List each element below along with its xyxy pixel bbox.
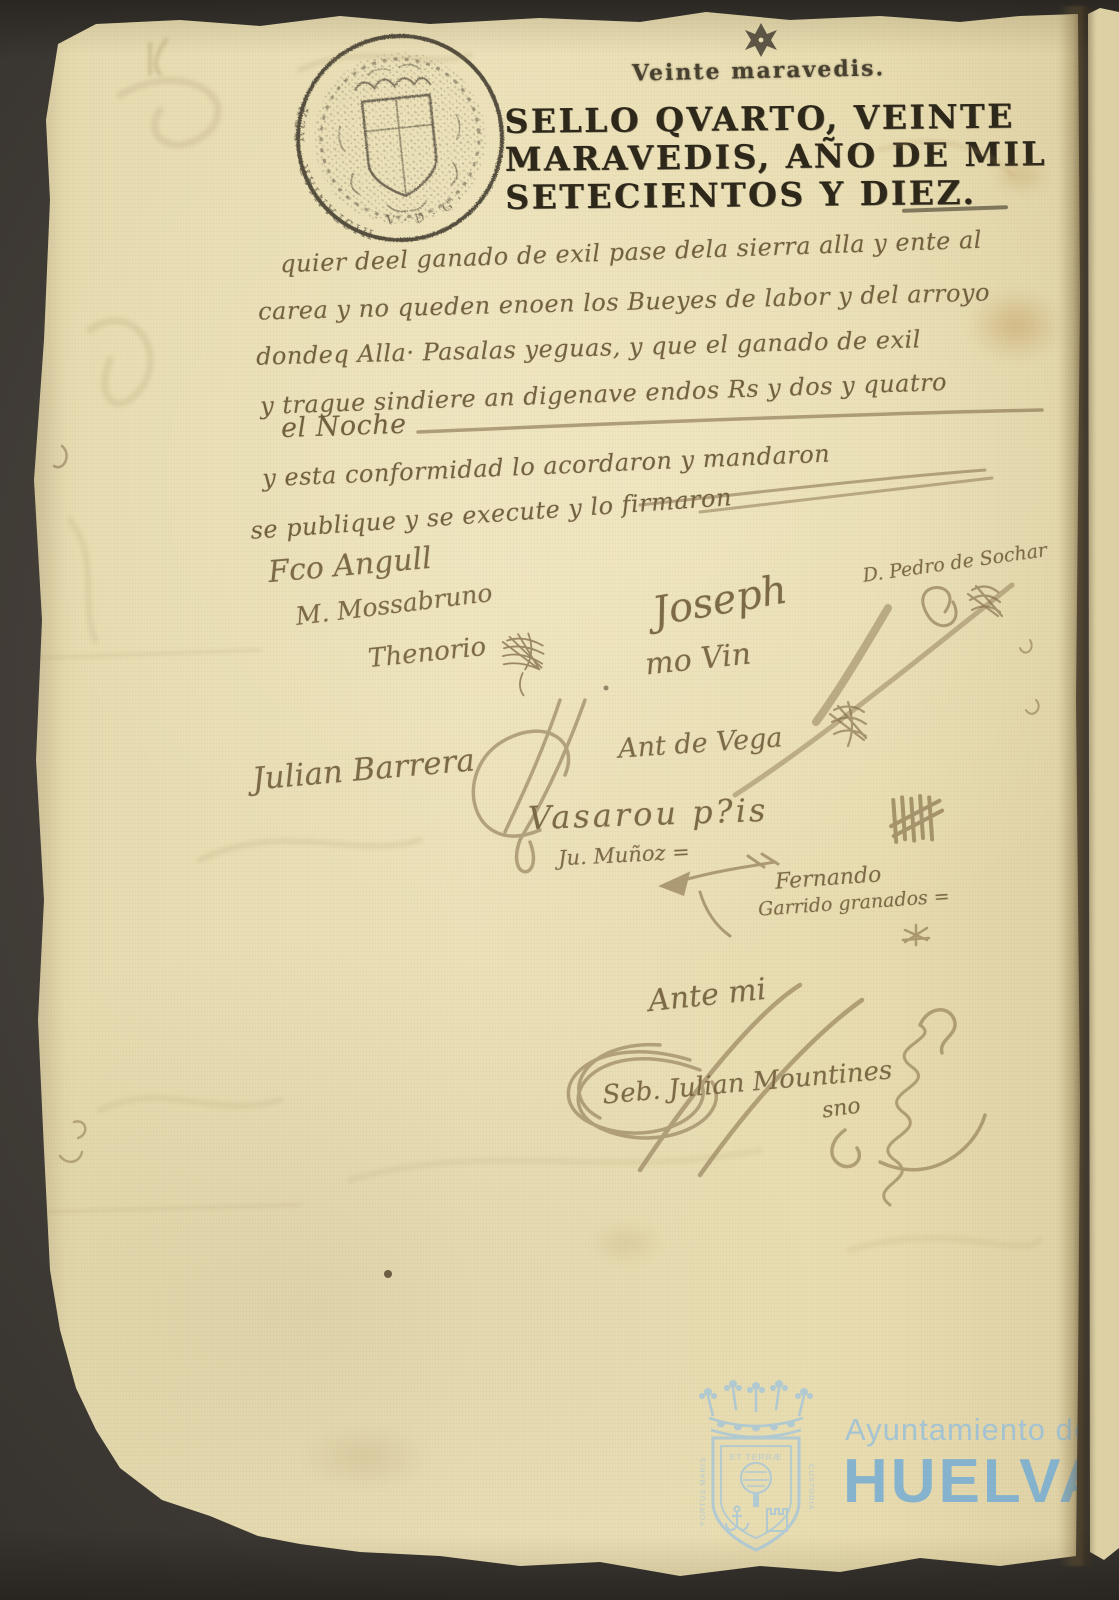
- shield-motto-left: PORTUS MARIS: [698, 1457, 707, 1526]
- huelva-coat-of-arms-watermark: ET TERRÆ PORTUS MARIS CUSTODIA: [690, 1376, 822, 1576]
- scanned-document-view: HISPANIAR · REX · V · D · G · Veinte mar…: [0, 0, 1119, 1600]
- shield-motto-top: ET TERRÆ: [730, 1452, 783, 1462]
- watermark-org-name: Ayuntamiento de: [845, 1412, 1092, 1448]
- shield-motto-right: CUSTODIA: [807, 1464, 816, 1511]
- parchment-page: HISPANIAR · REX · V · D · G · Veinte mar…: [0, 0, 1119, 1600]
- ink-flourishes: [0, 0, 1119, 1600]
- watermark-city-name: HUELVA: [843, 1446, 1107, 1517]
